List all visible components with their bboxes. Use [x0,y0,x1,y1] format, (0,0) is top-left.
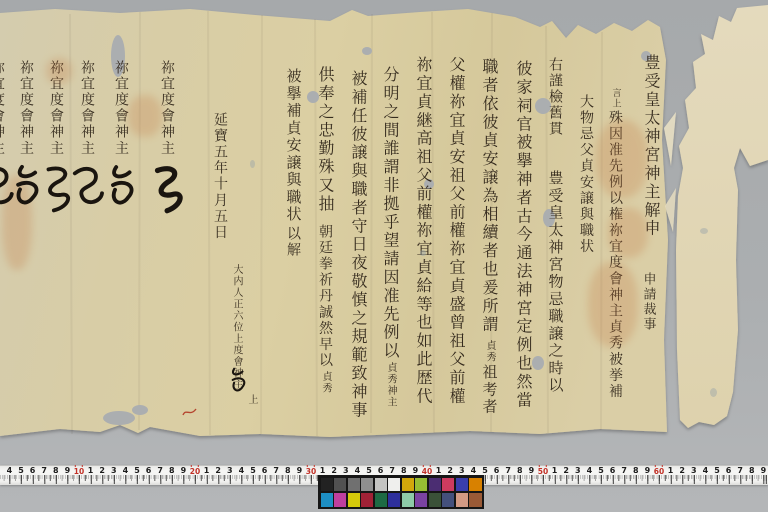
text-column: 豊受皇太神宮物忌職譲之時以 [548,170,563,394]
color-swatch [442,493,454,507]
color-swatch [348,478,360,492]
ruler-number: 6 [30,467,36,475]
text-column: 分明之間誰謂非拠乎望請因准先例以 [382,66,398,360]
kao-signature [228,366,250,398]
priest-title-column: 祢宜度會神主 [114,60,128,157]
color-swatch [456,493,468,507]
ruler-number: 8 [633,467,639,475]
text-column: 祢宜貞継高祖父前權祢宜貞給等也如此歴代 [415,56,431,406]
ruler-number: 3 [227,467,233,475]
ruler-number: 4 [7,467,13,475]
ruler-number: 4 [703,467,709,475]
calligraphy-layer: 豊受皇太神宮神主解申申請裁事言上殊因准先例以権祢宜度會神主貞秀被挙補大物忌父貞安… [0,0,768,512]
text-column: 貞秀神主 [385,362,395,408]
text-column: 右謹檢舊貫 [548,57,562,138]
ruler-number: 2 [447,467,453,475]
ruler-decade-number: 50 [538,468,548,476]
color-swatch [402,493,414,507]
color-calibration-chart [318,475,484,509]
color-swatch [361,478,373,492]
color-swatch [415,493,427,507]
seal-stain [608,208,648,258]
ruler-number: 9 [297,467,303,475]
ruler-number: 8 [53,467,59,475]
text-column: 職者依彼貞安譲為相續者也爰所謂 [481,58,497,334]
ruler-number: 7 [389,467,395,475]
ruler-decade-number: 20 [190,468,200,476]
color-swatch [469,493,481,507]
ruler-number: 9 [65,467,71,475]
decade-mark [191,465,199,467]
text-column: 朝廷拳祈丹誠然早以 [318,224,332,369]
color-swatch [388,493,400,507]
ruler-decade-number: 30 [306,468,316,476]
ruler-number: 8 [285,467,291,475]
paper-fleck [700,228,708,234]
ruler-number: 7 [621,467,627,475]
color-swatch [415,478,427,492]
paper-fleck [710,388,717,397]
text-column: 以解 [286,226,300,258]
manuscript-photo: 豊受皇太神宮神主解申申請裁事言上殊因准先例以権祢宜度會神主貞秀被挙補大物忌父貞安… [0,0,768,512]
ruler-number: 7 [273,467,279,475]
kao-signature [0,159,17,219]
ruler-number: 7 [157,467,163,475]
priest-title-column: 祢宜度會神主 [19,60,33,157]
ruler-number: 5 [598,467,604,475]
ruler-number: 2 [215,467,221,475]
ruler-number: 9 [181,467,187,475]
color-swatch [348,493,360,507]
ruler-number: 8 [169,467,175,475]
ruler-number: 4 [123,467,129,475]
ruler-number: 5 [714,467,720,475]
text-column: 彼家祠官被擧神者古今通法神宮定例也然當 [515,60,531,410]
ruler-decade-number: 60 [654,468,664,476]
color-swatch [429,493,441,507]
ruler-number: 6 [378,467,384,475]
color-swatch [469,478,481,492]
color-swatch [321,478,333,492]
ruler-number: 8 [401,467,407,475]
text-column: 延寶五年十月五日 [213,112,227,241]
color-swatch [456,478,468,492]
ruler-number: 9 [761,467,767,475]
text-column: 供奉之忠勤殊又抽 [317,66,333,213]
paper-fleck [250,160,255,168]
priest-title-column: 祢宜度會神主 [80,60,94,157]
text-column: 貞秀 [484,340,494,363]
ruler-number: 5 [134,467,140,475]
color-swatch [375,478,387,492]
color-swatch [334,493,346,507]
text-column: 祖考者 [482,364,497,416]
ruler-number: 5 [18,467,24,475]
kao-signature [150,159,188,219]
decade-mark [655,465,663,467]
seal-stain [128,95,162,137]
text-column: 大物忌父貞安譲與職状 [579,94,593,255]
ruler-number: 6 [262,467,268,475]
ruler-number: 8 [517,467,523,475]
color-swatch [334,478,346,492]
ruler-number: 3 [343,467,349,475]
ruler-number: 6 [610,467,616,475]
decade-mark [307,465,315,467]
ruler-number: 5 [366,467,372,475]
color-swatch [388,478,400,492]
ruler-number: 5 [250,467,256,475]
ruler-number: 3 [459,467,465,475]
ruler-number: 5 [482,467,488,475]
color-swatch [442,478,454,492]
kao-signature [105,159,142,219]
text-column: 被擧補貞安譲與職状 [286,68,301,223]
paper-fleck [420,250,426,256]
seal-stain [46,58,72,84]
text-column: 申請裁事 [642,272,655,332]
ruler-number: 2 [331,467,337,475]
ruler-number: 7 [737,467,743,475]
decade-mark [539,465,547,467]
ruler-number: 1 [204,467,210,475]
ruler-number: 3 [111,467,117,475]
ruler-number: 4 [587,467,593,475]
ruler-number: 6 [494,467,500,475]
ruler-number: 1 [668,467,674,475]
ruler-number: 2 [99,467,105,475]
ruler-number: 1 [320,467,326,475]
ruler-number: 7 [505,467,511,475]
priest-title-column: 祢宜度會神主 [0,60,4,157]
text-column: 被補任彼譲與職者守日夜敬慎之規範致神事 [350,70,366,420]
text-column: 言上 [611,88,620,109]
ruler-number: 1 [88,467,94,475]
ruler-number: 1 [436,467,442,475]
color-swatch [402,478,414,492]
ruler-number: 3 [691,467,697,475]
seal-stain [596,120,648,198]
ruler-number: 2 [563,467,569,475]
ruler-number: 4 [239,467,245,475]
ruler-number: 6 [146,467,152,475]
decade-mark [75,465,83,467]
ruler-number: 3 [575,467,581,475]
color-swatch [375,493,387,507]
color-swatch [361,493,373,507]
ruler-number: 4 [355,467,361,475]
ruler-number: 6 [726,467,732,475]
ruler-number: 7 [41,467,47,475]
text-column: 貞秀 [320,371,330,394]
ruler-number: 8 [749,467,755,475]
red-ink-mark [182,406,198,420]
ruler-number: 1 [552,467,558,475]
decade-mark [423,465,431,467]
color-swatch [429,478,441,492]
ruler-number: 2 [679,467,685,475]
priest-title-column: 祢宜度會神主 [160,60,174,157]
color-swatch [321,493,333,507]
ruler-number: 9 [645,467,651,475]
ruler-number: 9 [413,467,419,475]
ruler-number: 9 [529,467,535,475]
seal-stain [588,262,638,347]
ruler-decade-number: 10 [74,468,84,476]
ruler-number: 4 [471,467,477,475]
text-column: 父權祢宜貞安祖父前權祢宜貞盛曾祖父前權 [448,56,464,406]
